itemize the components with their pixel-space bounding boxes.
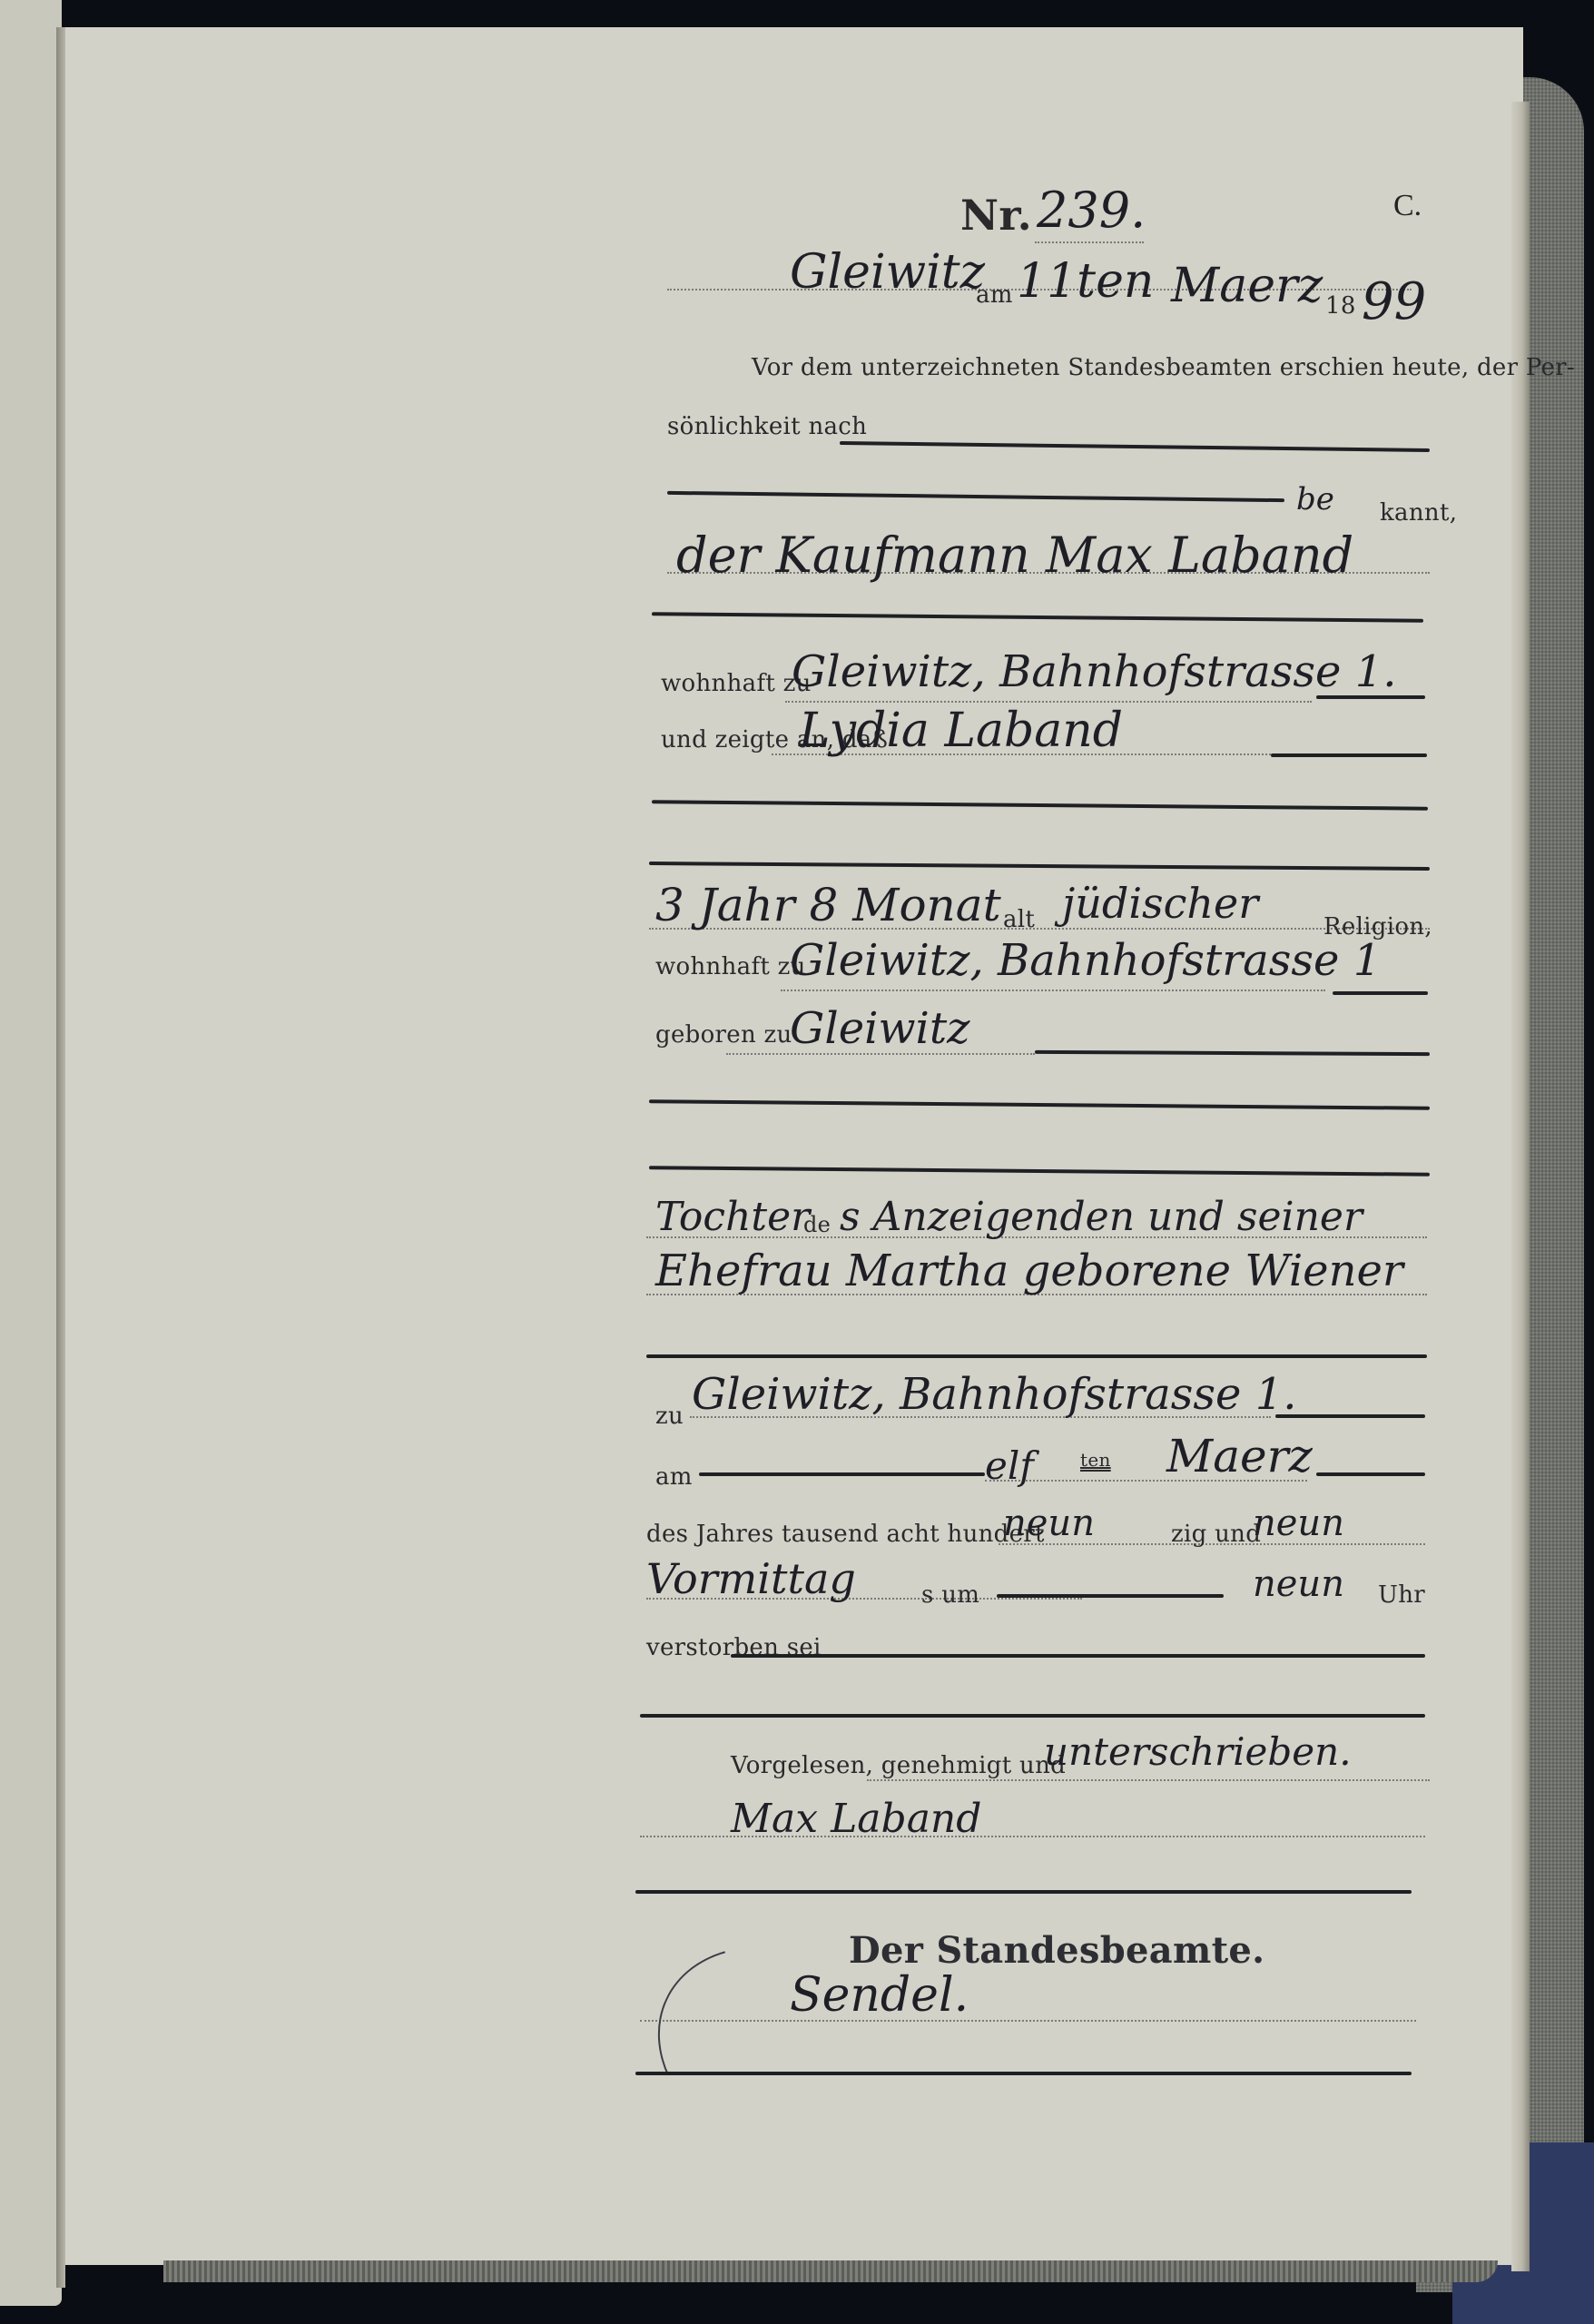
informant-name: der Kaufmann Max Laband xyxy=(676,527,1353,584)
deceased-residence-rule xyxy=(1333,991,1428,995)
year-tens: neun xyxy=(1003,1502,1095,1544)
residence-dotted-line xyxy=(785,701,1312,703)
registration-place: Gleiwitz xyxy=(790,245,985,300)
informant-residence: Gleiwitz, Bahnhofstrasse 1. xyxy=(792,646,1397,697)
deceased-residence-label: wohnhaft zu xyxy=(655,953,806,980)
residence-label: wohnhaft zu xyxy=(661,670,812,697)
hour-value: neun xyxy=(1253,1563,1344,1605)
deceased-rule xyxy=(1271,753,1427,757)
registration-month: Maerz xyxy=(1171,259,1323,313)
time-suffix: s um xyxy=(921,1581,979,1609)
rule-6 xyxy=(649,1099,1430,1110)
birthplace: Gleiwitz xyxy=(790,1003,969,1054)
death-place-label: zu xyxy=(655,1403,684,1430)
zig-und-label: zig und xyxy=(1171,1521,1261,1548)
rule-11 xyxy=(635,2072,1412,2075)
time-of-day: Vormittag xyxy=(646,1554,856,1603)
rule-3 xyxy=(652,612,1423,622)
year-units: neun xyxy=(1253,1502,1344,1544)
read-dotted-line xyxy=(867,1779,1430,1781)
death-place-rule xyxy=(1275,1414,1425,1418)
registration-year: 99 xyxy=(1362,272,1426,331)
uhr-label: Uhr xyxy=(1378,1581,1425,1609)
rule-2 xyxy=(667,491,1284,502)
death-place: Gleiwitz, Bahnhofstrasse 1. xyxy=(692,1369,1297,1420)
read-label: Vorgelesen, genehmigt und xyxy=(731,1752,1066,1779)
rule-10 xyxy=(635,1890,1412,1894)
hour-rule xyxy=(997,1594,1224,1598)
rule-9 xyxy=(640,1714,1425,1718)
year-text-label: des Jahres tausend acht hundert xyxy=(646,1521,1045,1548)
deceased-residence-dotted-line xyxy=(781,990,1325,991)
parents-de-label: de xyxy=(803,1212,831,1237)
deceased-name: Lydia Laband xyxy=(799,704,1123,758)
born-label: geboren zu xyxy=(655,1021,792,1049)
rule-7 xyxy=(649,1166,1430,1177)
number-label: Nr. xyxy=(960,191,1032,240)
death-date-rule xyxy=(699,1472,985,1476)
deceased-residence: Gleiwitz, Bahnhofstrasse 1 xyxy=(790,935,1381,986)
registrar-title: Der Standesbeamte. xyxy=(849,1929,1264,1972)
form-code: C. xyxy=(1393,189,1422,223)
rule-4 xyxy=(652,800,1428,810)
rule-8 xyxy=(646,1354,1427,1358)
parents-line-1b: s Anzeigenden und seiner xyxy=(840,1194,1363,1240)
age-value: 3 Jahr 8 Monat xyxy=(655,879,1001,931)
rule-5 xyxy=(649,862,1430,871)
parents-line-1a: Tochter xyxy=(655,1194,810,1240)
religion-value: jüdischer xyxy=(1062,879,1258,928)
residence-rule xyxy=(1316,695,1425,699)
number-dotted-line xyxy=(1035,241,1144,243)
death-month: Maerz xyxy=(1166,1430,1313,1482)
death-day: elf xyxy=(985,1443,1034,1488)
informant-signature: Max Laband xyxy=(731,1796,981,1842)
year-prefix: 18 xyxy=(1325,292,1356,320)
age-label: alt xyxy=(1003,906,1035,933)
known-label: kannt, xyxy=(1380,499,1457,527)
birthplace-rule xyxy=(1035,1050,1430,1056)
intro-line-1: Vor dem unterzeichneten Standesbeamten e… xyxy=(752,354,1575,381)
am-label: am xyxy=(976,281,1013,309)
intro-line-2: sönlichkeit nach xyxy=(667,413,867,440)
known-prefix: be xyxy=(1296,481,1334,517)
read-value: unterschrieben. xyxy=(1044,1729,1352,1774)
rule-1 xyxy=(840,441,1430,452)
death-month-rule xyxy=(1316,1472,1425,1476)
registration-day: 11ten xyxy=(1017,254,1154,309)
death-date-label: am xyxy=(655,1463,693,1491)
death-record-form: Nr. 239. C. Gleiwitz am 11ten Maerz 18 9… xyxy=(0,0,1594,2324)
death-day-suffix: ten xyxy=(1080,1449,1111,1471)
died-rule xyxy=(731,1654,1425,1658)
record-number: 239. xyxy=(1037,182,1146,239)
parents-line-2: Ehefrau Martha geborene Wiener xyxy=(655,1246,1403,1296)
